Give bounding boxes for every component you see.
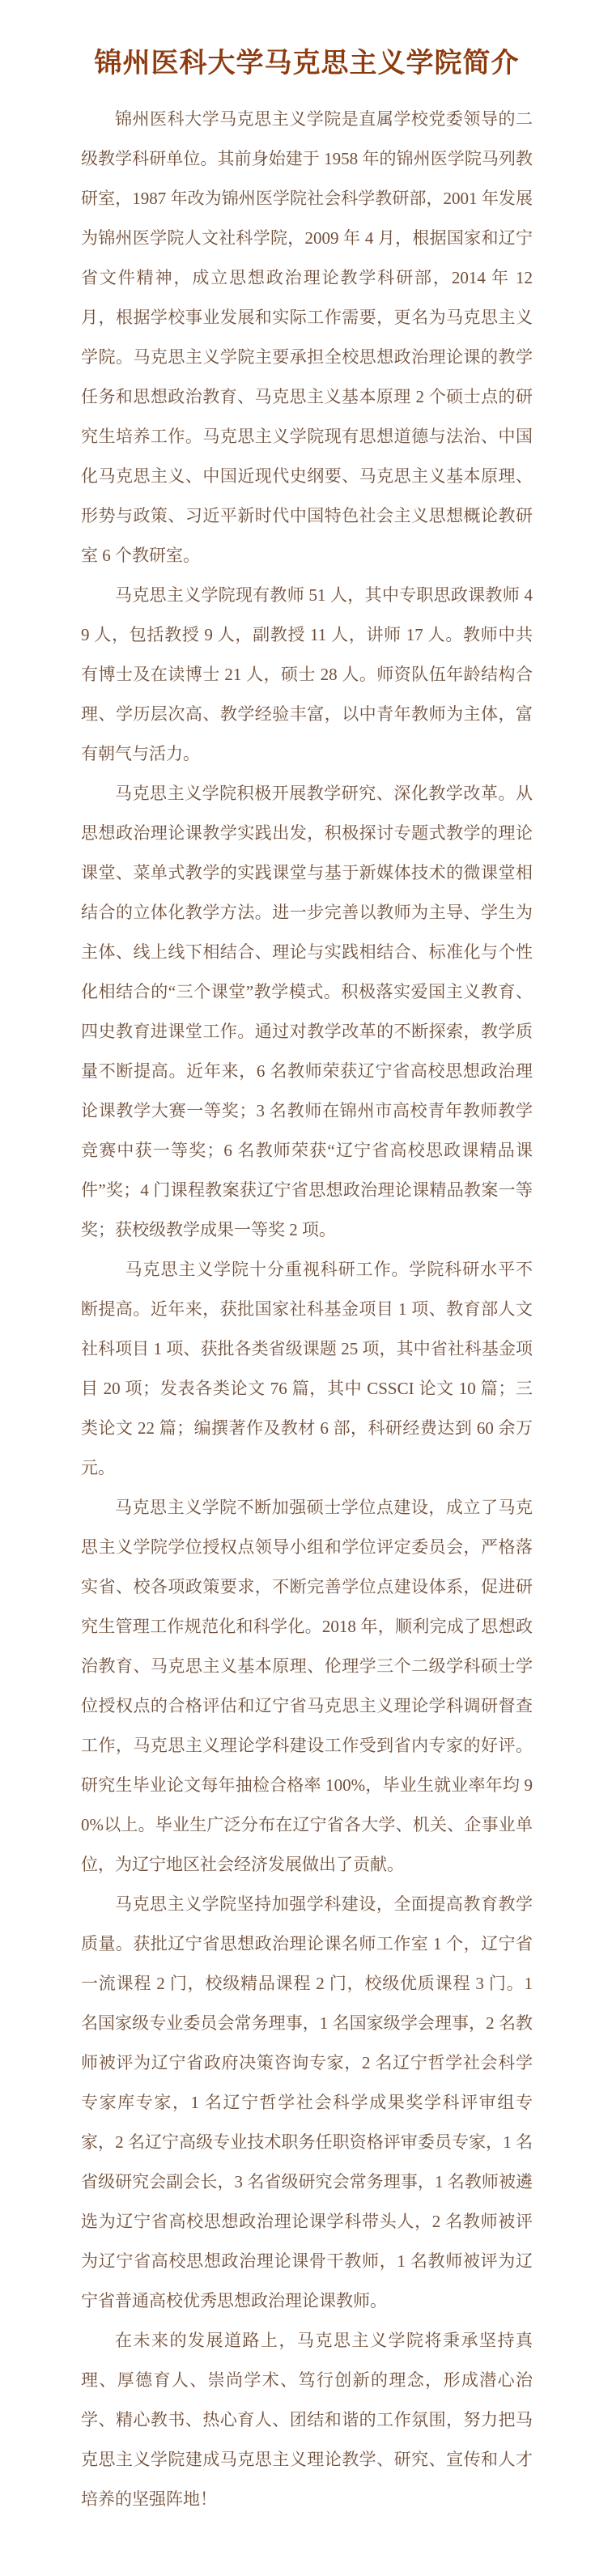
document-page: 锦州医科大学马克思主义学院简介 锦州医科大学马克思主义学院是直属学校党委领导的二…: [0, 0, 612, 2576]
paragraph-future-outlook: 在未来的发展道路上，马克思主义学院将秉承坚持真理、厚德育人、崇尚学术、笃行创新的…: [81, 2321, 533, 2519]
document-body: 锦州医科大学马克思主义学院是直属学校党委领导的二级教学科研单位。其前身始建于 1…: [81, 100, 533, 2519]
paragraph-research: 马克思主义学院十分重视科研工作。学院科研水平不断提高。近年来，获批国家社科基金项…: [81, 1250, 533, 1488]
page-title: 锦州医科大学马克思主义学院简介: [81, 40, 533, 80]
paragraph-teaching-reform: 马克思主义学院积极开展教学研究、深化教学改革。从思想政治理论课教学实践出发，积极…: [81, 774, 533, 1250]
paragraph-degree-program: 马克思主义学院不断加强硕士学位点建设，成立了马克思主义学院学位授权点领导小组和学…: [81, 1488, 533, 1885]
paragraph-discipline-building: 马克思主义学院坚持加强学科建设，全面提高教育教学质量。获批辽宁省思想政治理论课名…: [81, 1885, 533, 2321]
paragraph-history: 锦州医科大学马克思主义学院是直属学校党委领导的二级教学科研单位。其前身始建于 1…: [81, 100, 533, 576]
paragraph-faculty: 马克思主义学院现有教师 51 人，其中专职思政课教师 49 人，包括教授 9 人…: [81, 576, 533, 774]
